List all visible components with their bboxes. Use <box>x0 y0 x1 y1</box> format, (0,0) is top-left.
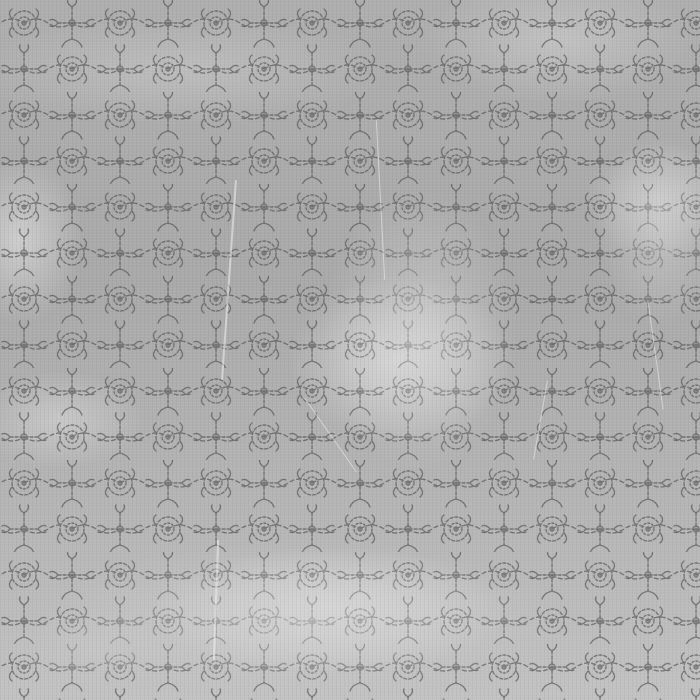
ornamental-pattern <box>0 0 700 700</box>
rug-texture <box>0 0 700 700</box>
